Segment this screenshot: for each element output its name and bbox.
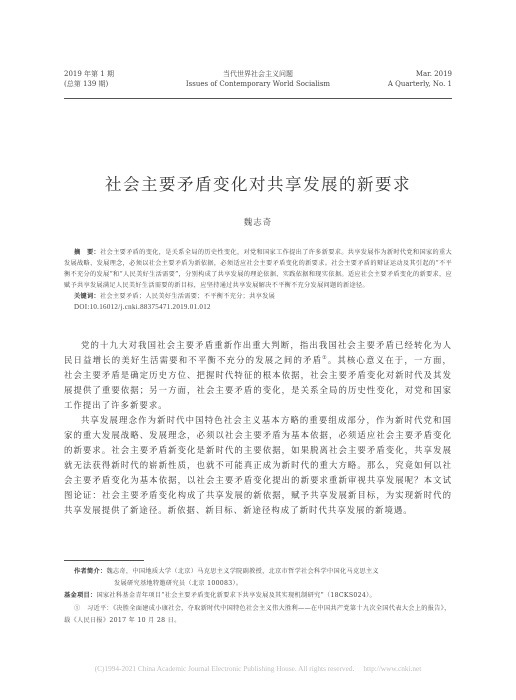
- footnote-divider: [64, 560, 144, 561]
- author-bio: 作者简介：魏志奇，中国地质大学（北京）马克思主义学院副教授，北京市哲学社会科学中…: [64, 566, 452, 590]
- journal-page: 2019 年第 1 期 (总第 139 期) 当代世界社会主义问题 Issues…: [0, 0, 516, 700]
- abstract-block: 摘 要：社会主要矛盾的变化，是关系全局的历史性变化，对党和国家工作提出了许多新要…: [64, 247, 452, 313]
- article-author: 魏志奇: [0, 216, 516, 228]
- abstract-label: 摘 要：: [74, 249, 100, 256]
- copyright-watermark: (C)1994-2021 China Academic Journal Elec…: [0, 664, 516, 674]
- footnotes: 作者简介：魏志奇，中国地质大学（北京）马克思主义学院副教授，北京市哲学社会科学中…: [64, 566, 452, 627]
- author-bio-text: 魏志奇，中国地质大学（北京）马克思主义学院副教授，北京市哲学社会科学中国化马克思…: [106, 568, 378, 575]
- author-bio-text-cont: 发展研究基地特邀研究员（北京 100083）。: [74, 578, 452, 590]
- funding: 基金项目：国家社科基金青年项目“社会主要矛盾变化新要求下共享发展及其实现机制研究…: [64, 590, 452, 602]
- keywords-label: 关键词：: [74, 293, 100, 300]
- header-divider: [64, 98, 452, 99]
- keywords-text: 社会主要矛盾；人民美好生活需要；不平衡不充分；共享发展: [100, 293, 275, 300]
- paragraph: 共享发展理念作为新时代中国特色社会主义基本方略的重要组成部分，作为新时代党和国家…: [64, 413, 452, 518]
- footnote-1: ① 习近平：《决胜全面建成小康社会，夺取新时代中国特色社会主义伟大胜利——在中国…: [64, 603, 452, 627]
- abstract: 摘 要：社会主要矛盾的变化，是关系全局的历史性变化，对党和国家工作提出了许多新要…: [64, 247, 452, 291]
- running-header: 2019 年第 1 期 (总第 139 期) 当代世界社会主义问题 Issues…: [64, 69, 452, 99]
- frequency-number: A Quarterly, No. 1: [388, 79, 452, 89]
- month-year: Mar. 2019: [388, 69, 452, 79]
- doi: DOI:10.16012/j.cnki.88375471.2019.01.012: [64, 302, 452, 313]
- keywords: 关键词：社会主要矛盾；人民美好生活需要；不平衡不充分；共享发展: [64, 291, 452, 302]
- paragraph: 党的十九大对我国社会主要矛盾重新作出重大判断，指出我国社会主要矛盾已经转化为人民…: [64, 338, 452, 413]
- abstract-text: 社会主要矛盾的变化，是关系全局的历史性变化，对党和国家工作提出了许多新要求。共享…: [64, 249, 452, 289]
- publication-date: Mar. 2019 A Quarterly, No. 1: [388, 69, 452, 89]
- body-text: 党的十九大对我国社会主要矛盾重新作出重大判断，指出我国社会主要矛盾已经转化为人民…: [64, 338, 452, 518]
- author-bio-label: 作者简介：: [74, 568, 106, 575]
- article-title: 社会主要矛盾变化对共享发展的新要求: [0, 171, 516, 195]
- funding-text: 国家社科基金青年项目“社会主要矛盾变化新要求下共享发展及其实现机制研究”（18C…: [96, 592, 376, 599]
- funding-label: 基金项目：: [64, 592, 96, 599]
